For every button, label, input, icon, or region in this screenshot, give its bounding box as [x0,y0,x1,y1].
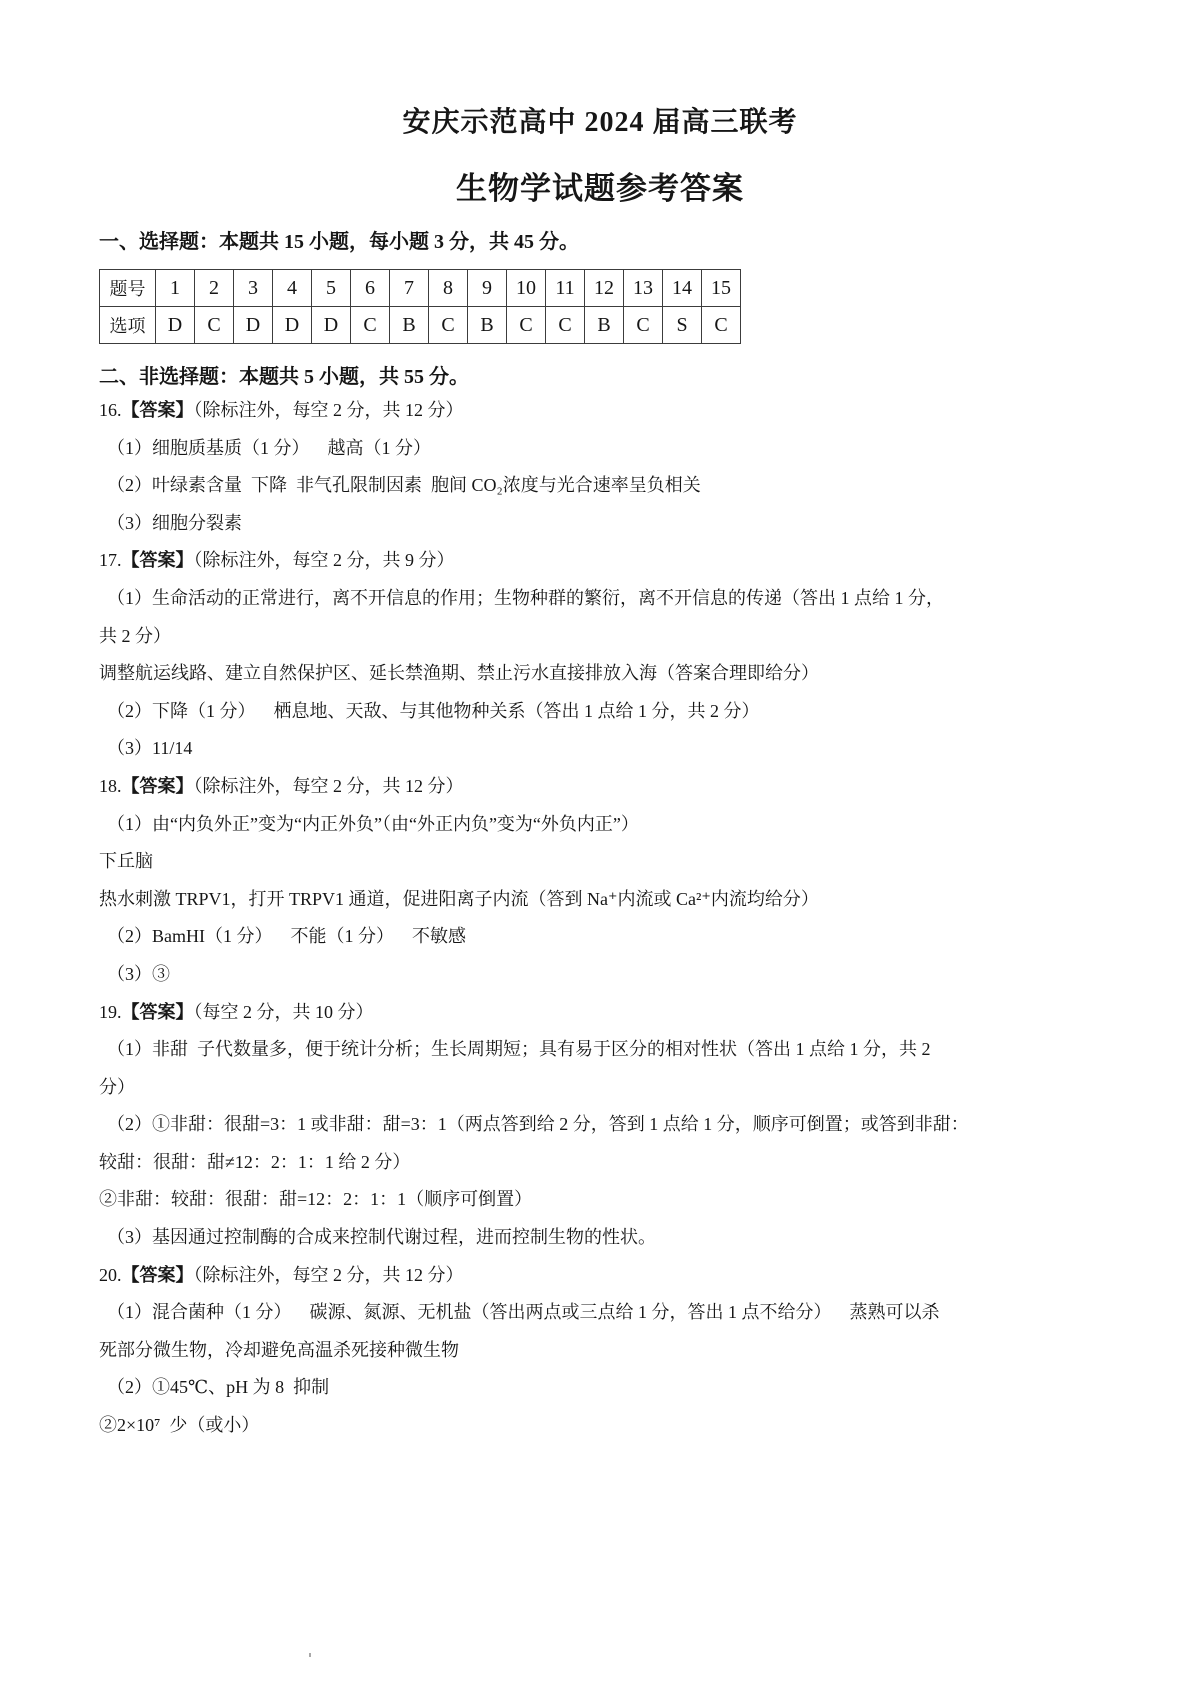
answer-line: 调整航运线路、建立自然保护区、延长禁渔期、禁止污水直接排放入海（答案合理即给分） [99,655,1110,693]
answer-line: 较甜：很甜：甜≠12：2：1：1 给 2 分） [99,1144,1110,1182]
question-number: 17. [99,550,122,570]
answer-line: （2）①非甜：很甜=3：1 或非甜：甜=3：1（两点答到给 2 分，答到 1 点… [99,1106,1110,1144]
question-number-cell: 11 [546,270,585,307]
answer-line: （2）下降（1 分） 栖息地、天敌、与其他物种关系（答出 1 点给 1 分，共 … [99,693,1110,731]
document-page: 安庆示范高中 2024 届高三联考 生物学试题参考答案 一、选择题：本题共 15… [0,0,1200,1698]
choice-row: 选项 DCDDDCBCBCCBCSC [100,307,741,344]
answer-table: 题号 123456789101112131415 选项 DCDDDCBCBCCB… [99,269,741,344]
answer-line: （2）①45℃、pH 为 8 抑制 [99,1369,1110,1407]
scoring-note: （每空 2 分，共 10 分） [194,1002,374,1022]
scoring-note: （除标注外，每空 2 分，共 12 分） [194,776,464,796]
answer-line: 分） [99,1069,1110,1107]
question-number-row-label: 题号 [100,270,156,307]
answer-line: （3）基因通过控制酶的合成来控制代谢过程，进而控制生物的性状。 [99,1219,1110,1257]
answer-body: 16.【答案】（除标注外，每空 2 分，共 12 分）（1）细胞质基质（1 分）… [99,392,1110,1445]
answer-choice-cell: C [429,307,468,344]
question-number-cell: 6 [351,270,390,307]
answer-line: 共 2 分） [99,618,1110,656]
choice-row-label: 选项 [100,307,156,344]
question-number-cell: 4 [273,270,312,307]
question-number: 19. [99,1002,122,1022]
answer-line: ②2×10⁷ 少（或小） [99,1407,1110,1445]
answer-line: （2）BamHI（1 分） 不能（1 分） 不敏感 [99,918,1110,956]
scoring-note: （除标注外，每空 2 分，共 12 分） [194,1265,464,1285]
question-number: 16. [99,400,122,420]
answer-choice-cell: D [273,307,312,344]
answer-line: （1）混合菌种（1 分） 碳源、氮源、无机盐（答出两点或三点给 1 分，答出 1… [99,1294,1110,1332]
answer-line: ②非甜：较甜：很甜：甜=12：2：1：1（顺序可倒置） [99,1181,1110,1219]
answer-line: （3）③ [99,956,1110,994]
answer-choice-cell: C [351,307,390,344]
question-number-cell: 7 [390,270,429,307]
answer-choice-cell: D [234,307,273,344]
question-number-cell: 12 [585,270,624,307]
answer-line: （3）细胞分裂素 [99,505,1110,543]
answer-tag: 【答案】 [122,550,194,570]
answer-choice-cell: B [585,307,624,344]
answer-line: （1）细胞质基质（1 分） 越高（1 分） [99,430,1110,468]
question-number-cell: 1 [156,270,195,307]
answer-line: 17.【答案】（除标注外，每空 2 分，共 9 分） [99,542,1110,580]
answer-choice-cell: C [702,307,741,344]
answer-choice-cell: C [546,307,585,344]
answer-line: 19.【答案】（每空 2 分，共 10 分） [99,994,1110,1032]
answer-line: （1）生命活动的正常进行，离不开信息的作用；生物种群的繁衍，离不开信息的传递（答… [99,580,1110,618]
question-number-cell: 14 [663,270,702,307]
question-number-cell: 10 [507,270,546,307]
answer-line: （1）由“内负外正”变为“内正外负”（由“外正内负”变为“外负内正”） [99,806,1110,844]
question-number-cell: 15 [702,270,741,307]
question-number-cell: 3 [234,270,273,307]
answer-choice-cell: D [312,307,351,344]
answer-tag: 【答案】 [122,400,194,420]
answer-choice-cell: B [468,307,507,344]
answer-tag: 【答案】 [122,1002,194,1022]
exam-subtitle: 生物学试题参考答案 [0,163,1200,208]
answer-choice-cell: C [624,307,663,344]
section-2-heading: 二、非选择题：本题共 5 小题，共 55 分。 [99,360,1110,389]
scoring-note: （除标注外，每空 2 分，共 9 分） [194,550,455,570]
answer-tag: 【答案】 [122,1265,194,1285]
answer-line: （3）11/14 [99,730,1110,768]
answer-line: 死部分微生物，冷却避免高温杀死接种微生物 [99,1332,1110,1370]
scan-artifact-dot [309,1653,311,1657]
question-number: 20. [99,1265,122,1285]
question-number-cell: 9 [468,270,507,307]
answer-choice-cell: C [195,307,234,344]
answer-choice-cell: S [663,307,702,344]
answer-line: 18.【答案】（除标注外，每空 2 分，共 12 分） [99,768,1110,806]
question-number-cell: 8 [429,270,468,307]
question-number-cell: 2 [195,270,234,307]
section-1-heading: 一、选择题：本题共 15 小题，每小题 3 分，共 45 分。 [99,225,1110,254]
exam-title: 安庆示范高中 2024 届高三联考 [0,0,1200,140]
answer-line: 热水刺激 TRPV1，打开 TRPV1 通道，促进阳离子内流（答到 Na⁺内流或… [99,881,1110,919]
question-number-row: 题号 123456789101112131415 [100,270,741,307]
answer-choice-cell: B [390,307,429,344]
question-number: 18. [99,776,122,796]
answer-choice-cell: D [156,307,195,344]
answer-tag: 【答案】 [122,776,194,796]
answer-line: 下丘脑 [99,843,1110,881]
answer-line: （1）非甜 子代数量多，便于统计分析；生长周期短；具有易于区分的相对性状（答出 … [99,1031,1110,1069]
scoring-note: （除标注外，每空 2 分，共 12 分） [194,400,464,420]
question-number-cell: 5 [312,270,351,307]
answer-choice-cell: C [507,307,546,344]
answer-line: （2）叶绿素含量 下降 非气孔限制因素 胞间 CO₂浓度与光合速率呈负相关 [99,467,1110,505]
answer-line: 16.【答案】（除标注外，每空 2 分，共 12 分） [99,392,1110,430]
document-content: 一、选择题：本题共 15 小题，每小题 3 分，共 45 分。 题号 12345… [99,225,1110,1445]
answer-line: 20.【答案】（除标注外，每空 2 分，共 12 分） [99,1257,1110,1295]
question-number-cell: 13 [624,270,663,307]
